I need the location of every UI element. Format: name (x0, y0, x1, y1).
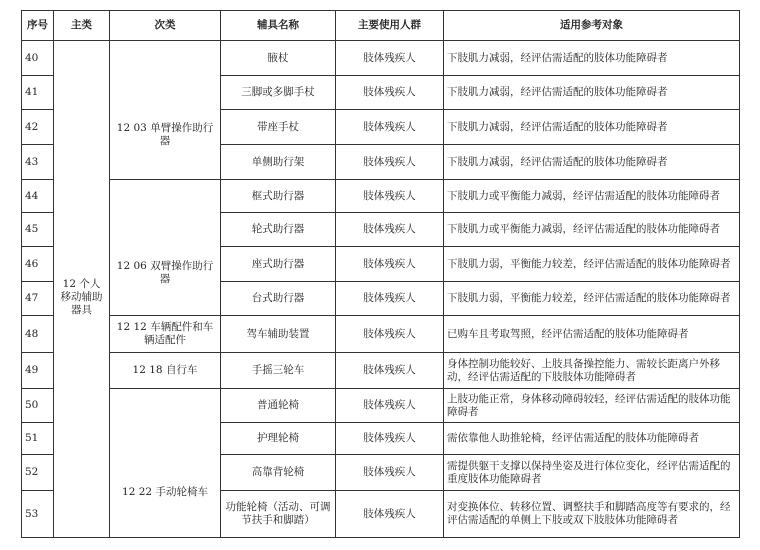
row-no: 41 (22, 76, 54, 110)
user-group: 肢体残疾人 (336, 180, 444, 213)
target-users: 下肢肌力或平衡能力减弱，经评估需适配的肢体功能障碍者 (444, 213, 740, 247)
device-name: 手摇三轮车 (221, 353, 336, 389)
target-users: 下肢肌力减弱，经评估需适配的肢体功能障碍者 (444, 145, 740, 180)
target-users: 需提供躯干支撑以保持坐姿及进行体位变化，经评估需适配的重度肢体功能障碍者 (444, 455, 740, 491)
subcategory: 12 18 自行车 (133, 364, 198, 376)
user-group: 肢体残疾人 (336, 389, 444, 423)
user-group: 肢体残疾人 (336, 316, 444, 353)
subcategory-cell: 12 06 双臂操作助行器 (110, 180, 221, 316)
target-users: 对变换体位、转移位置、调整扶手和脚踏高度等有要求的，经评估需适配的单侧上下肢或双… (444, 491, 740, 538)
row-no: 43 (22, 145, 54, 180)
device-name: 功能轮椅（活动、可调节扶手和脚踏） (221, 491, 336, 538)
row-no: 49 (22, 353, 54, 389)
device-name: 台式助行器 (221, 282, 336, 316)
user-group: 肢体残疾人 (336, 455, 444, 491)
target-users: 下肢肌力减弱，经评估需适配的肢体功能障碍者 (444, 110, 740, 145)
subcategory: 12 06 双臂操作助行器 (113, 260, 217, 286)
header-row: 序号 主类 次类 辅具名称 主要使用人群 适用参考对象 (22, 11, 740, 41)
device-name: 带座手杖 (221, 110, 336, 145)
device-name: 护理轮椅 (221, 423, 336, 455)
row-no: 47 (22, 282, 54, 316)
target-users: 身体控制功能较好、上肢具备操控能力、需较长距离户外移动，经评估需适配的下肢肢体功… (444, 353, 740, 389)
header-user-group: 主要使用人群 (336, 11, 444, 41)
subcategory: 12 03 单臂操作助行器 (113, 122, 217, 148)
row-no: 51 (22, 423, 54, 455)
target-users: 下肢肌力弱，平衡能力较差，经评估需适配的肢体功能障碍者 (444, 247, 740, 282)
main-category-cell: 12 个人移动辅助器具 (54, 41, 110, 538)
header-target: 适用参考对象 (444, 11, 740, 41)
user-group: 肢体残疾人 (336, 282, 444, 316)
row-no: 44 (22, 180, 54, 213)
device-name: 轮式助行器 (221, 213, 336, 247)
target-users: 已购车且考取驾照，经评估需适配的肢体功能障碍者 (444, 316, 740, 353)
row-no: 53 (22, 491, 54, 538)
subcategory-cell: 12 18 自行车 (110, 353, 221, 389)
table-row: 40 12 个人移动辅助器具 12 03 单臂操作助行器 腋杖 肢体残疾人 下肢… (22, 41, 740, 76)
user-group: 肢体残疾人 (336, 247, 444, 282)
row-no: 45 (22, 213, 54, 247)
table-row: 49 12 18 自行车 手摇三轮车 肢体残疾人 身体控制功能较好、上肢具备操控… (22, 353, 740, 389)
device-name: 框式助行器 (221, 180, 336, 213)
target-users: 需依靠他人助推轮椅，经评估需适配的肢体功能障碍者 (444, 423, 740, 455)
table-row: 44 12 06 双臂操作助行器 框式助行器 肢体残疾人 下肢肌力或平衡能力减弱… (22, 180, 740, 213)
user-group: 肢体残疾人 (336, 353, 444, 389)
header-main-category: 主类 (54, 11, 110, 41)
user-group: 肢体残疾人 (336, 110, 444, 145)
row-no: 48 (22, 316, 54, 353)
subcategory-cell: 12 12 车辆配件和车辆适配件 (110, 316, 221, 353)
device-name: 座式助行器 (221, 247, 336, 282)
header-subcategory: 次类 (110, 11, 221, 41)
device-name: 驾车辅助装置 (221, 316, 336, 353)
target-users: 下肢肌力弱，平衡能力较差，经评估需适配的肢体功能障碍者 (444, 282, 740, 316)
row-no: 52 (22, 455, 54, 491)
device-name: 普通轮椅 (221, 389, 336, 423)
table-row: 50 12 22 手动轮椅车 普通轮椅 肢体残疾人 上肢功能正常，身体移动障碍较… (22, 389, 740, 423)
user-group: 肢体残疾人 (336, 491, 444, 538)
user-group: 肢体残疾人 (336, 423, 444, 455)
device-name: 高靠背轮椅 (221, 455, 336, 491)
row-no: 42 (22, 110, 54, 145)
target-users: 下肢肌力或平衡能力减弱，经评估需适配的肢体功能障碍者 (444, 180, 740, 213)
user-group: 肢体残疾人 (336, 145, 444, 180)
header-device-name: 辅具名称 (221, 11, 336, 41)
user-group: 肢体残疾人 (336, 76, 444, 110)
row-no: 40 (22, 41, 54, 76)
device-name: 单侧助行架 (221, 145, 336, 180)
device-name: 腋杖 (221, 41, 336, 76)
target-users: 下肢肌力减弱，经评估需适配的肢体功能障碍者 (444, 41, 740, 76)
user-group: 肢体残疾人 (336, 213, 444, 247)
row-no: 50 (22, 389, 54, 423)
subcategory-cell: 12 03 单臂操作助行器 (110, 41, 221, 180)
subcategory-cell: 12 22 手动轮椅车 (110, 389, 221, 538)
device-name: 三脚或多脚手杖 (221, 76, 336, 110)
row-no: 46 (22, 247, 54, 282)
target-users: 下肢肌力减弱，经评估需适配的肢体功能障碍者 (444, 76, 740, 110)
subcategory: 12 12 车辆配件和车辆适配件 (117, 321, 213, 346)
header-no: 序号 (22, 11, 54, 41)
user-group: 肢体残疾人 (336, 41, 444, 76)
main-category: 12 个人移动辅助器具 (60, 278, 103, 317)
target-users: 上肢功能正常，身体移动障碍较轻，经评估需适配的肢体功能障碍者 (444, 389, 740, 423)
subcategory: 12 22 手动轮椅车 (113, 486, 217, 499)
assistive-device-table: 序号 主类 次类 辅具名称 主要使用人群 适用参考对象 40 12 个人移动辅助… (21, 10, 740, 538)
table-row: 48 12 12 车辆配件和车辆适配件 驾车辅助装置 肢体残疾人 已购车且考取驾… (22, 316, 740, 353)
